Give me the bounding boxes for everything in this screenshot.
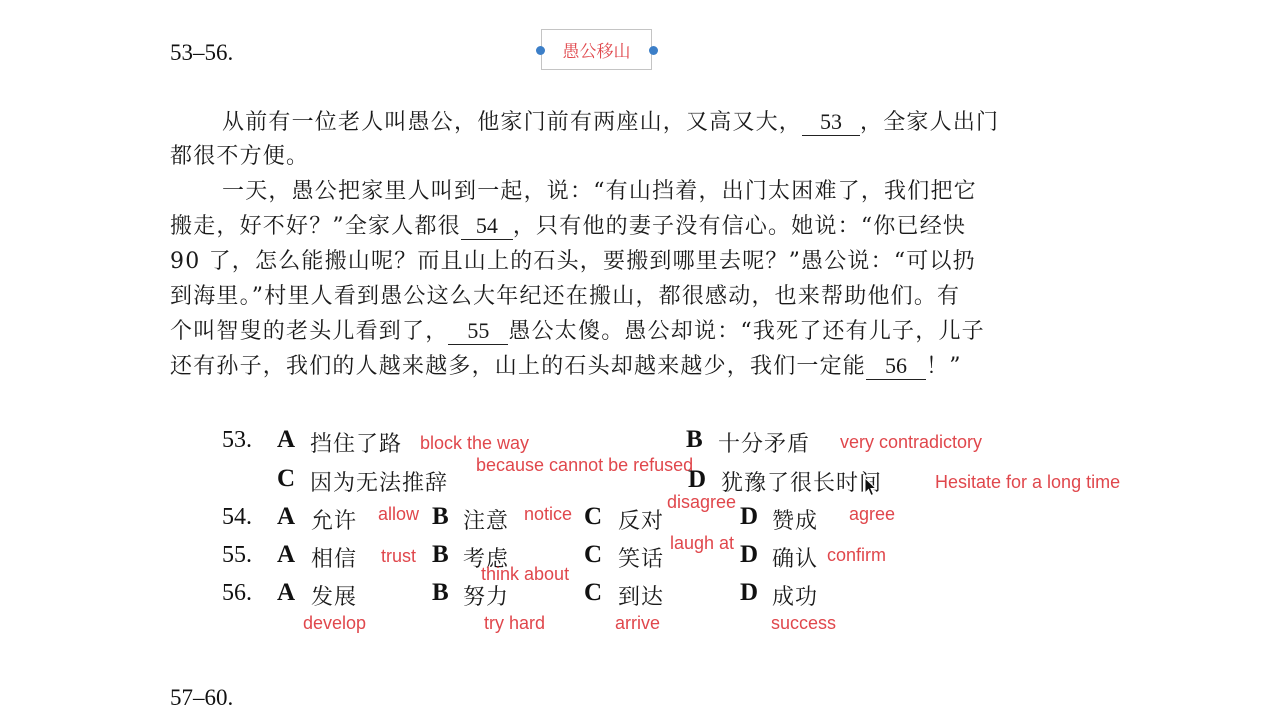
option-letter-b: B xyxy=(432,503,449,531)
option-text-c: 到达 xyxy=(618,580,664,611)
option-letter-d: D xyxy=(688,466,706,494)
question-number: 56. xyxy=(222,580,252,607)
option-letter-c: C xyxy=(584,503,602,531)
option-text-c: 笑话 xyxy=(618,542,664,573)
passage-line-6: 到海里。”村里人看到愚公这么大年纪还在搬山，都很感动，也来帮助他们。有 xyxy=(170,280,960,314)
option-letter-a: A xyxy=(277,503,295,531)
question-number: 54. xyxy=(222,504,252,531)
blank-56: 56 xyxy=(866,353,926,380)
option-text-d: 成功 xyxy=(772,580,818,611)
option-letter-d: D xyxy=(740,541,758,569)
passage-line-2: 都很不方便。 xyxy=(170,140,309,174)
title-text-box[interactable]: 愚公移山 xyxy=(541,29,652,70)
option-letter-b: B xyxy=(432,579,449,607)
option-text-b: 十分矛盾 xyxy=(718,427,810,458)
annotation-d: success xyxy=(771,613,836,634)
passage-line-3: 一天，愚公把家里人叫到一起，说：“有山挡着，出门太困难了，我们把它 xyxy=(222,175,977,209)
option-letter-c: C xyxy=(277,465,295,493)
option-text-a: 允许 xyxy=(311,504,357,535)
question-number: 53. xyxy=(222,427,252,454)
option-text-b: 努力 xyxy=(463,580,509,611)
mouse-cursor-icon xyxy=(864,477,878,497)
annotation-d: confirm xyxy=(827,545,886,566)
section-heading: 53–56. xyxy=(170,40,233,66)
option-text-a: 挡住了路 xyxy=(310,427,402,458)
right-resize-handle[interactable] xyxy=(649,46,658,55)
left-resize-handle[interactable] xyxy=(536,46,545,55)
question-number: 55. xyxy=(222,542,252,569)
annotation-c: laugh at xyxy=(670,533,734,554)
passage-line-1: 从前有一位老人叫愚公，他家门前有两座山，又高又大，53，全家人出门 xyxy=(222,106,999,140)
annotation-b: try hard xyxy=(484,613,545,634)
next-section-heading: 57–60. xyxy=(170,685,233,711)
passage-line-4: 搬走，好不好？”全家人都很54，只有他的妻子没有信心。她说：“你已经快 xyxy=(170,210,966,244)
option-letter-c: C xyxy=(584,579,602,607)
option-text-a: 发展 xyxy=(311,580,357,611)
annotation-c: arrive xyxy=(615,613,660,634)
annotation-b: very contradictory xyxy=(840,432,982,453)
option-letter-d: D xyxy=(740,503,758,531)
blank-54: 54 xyxy=(461,213,513,240)
title-text: 愚公移山 xyxy=(563,37,631,62)
option-text-d: 赞成 xyxy=(772,504,818,535)
option-text-d: 犹豫了很长时间 xyxy=(721,466,882,497)
annotation-a: block the way xyxy=(420,433,529,454)
option-text-c: 因为无法推辞 xyxy=(310,466,448,497)
option-letter-a: A xyxy=(277,426,295,454)
passage-line-5: 90 了，怎么能搬山呢？而且山上的石头，要搬到哪里去呢？”愚公说：“可以扔 xyxy=(170,245,976,279)
option-letter-c: C xyxy=(584,541,602,569)
option-letter-a: A xyxy=(277,579,295,607)
annotation-d: Hesitate for a long time xyxy=(935,472,1120,493)
annotation-c: disagree xyxy=(667,492,736,513)
option-letter-b: B xyxy=(686,426,703,454)
annotation-b: notice xyxy=(524,504,572,525)
passage-line-7: 个叫智叟的老头儿看到了，55愚公太傻。愚公却说：“我死了还有儿子，儿子 xyxy=(170,315,985,349)
passage-line-8: 还有孙子，我们的人越来越多，山上的石头却越来越少，我们一定能56！” xyxy=(170,350,962,384)
option-text-a: 相信 xyxy=(311,542,357,573)
annotation-c: because cannot be refused xyxy=(476,455,693,476)
option-letter-b: B xyxy=(432,541,449,569)
blank-53: 53 xyxy=(802,109,860,136)
annotation-a: develop xyxy=(303,613,366,634)
option-text-b: 注意 xyxy=(463,504,509,535)
option-text-c: 反对 xyxy=(618,504,664,535)
annotation-a: allow xyxy=(378,504,419,525)
option-letter-a: A xyxy=(277,541,295,569)
annotation-d: agree xyxy=(849,504,895,525)
option-letter-d: D xyxy=(740,579,758,607)
option-text-d: 确认 xyxy=(772,542,818,573)
blank-55: 55 xyxy=(448,318,508,345)
annotation-a: trust xyxy=(381,546,416,567)
